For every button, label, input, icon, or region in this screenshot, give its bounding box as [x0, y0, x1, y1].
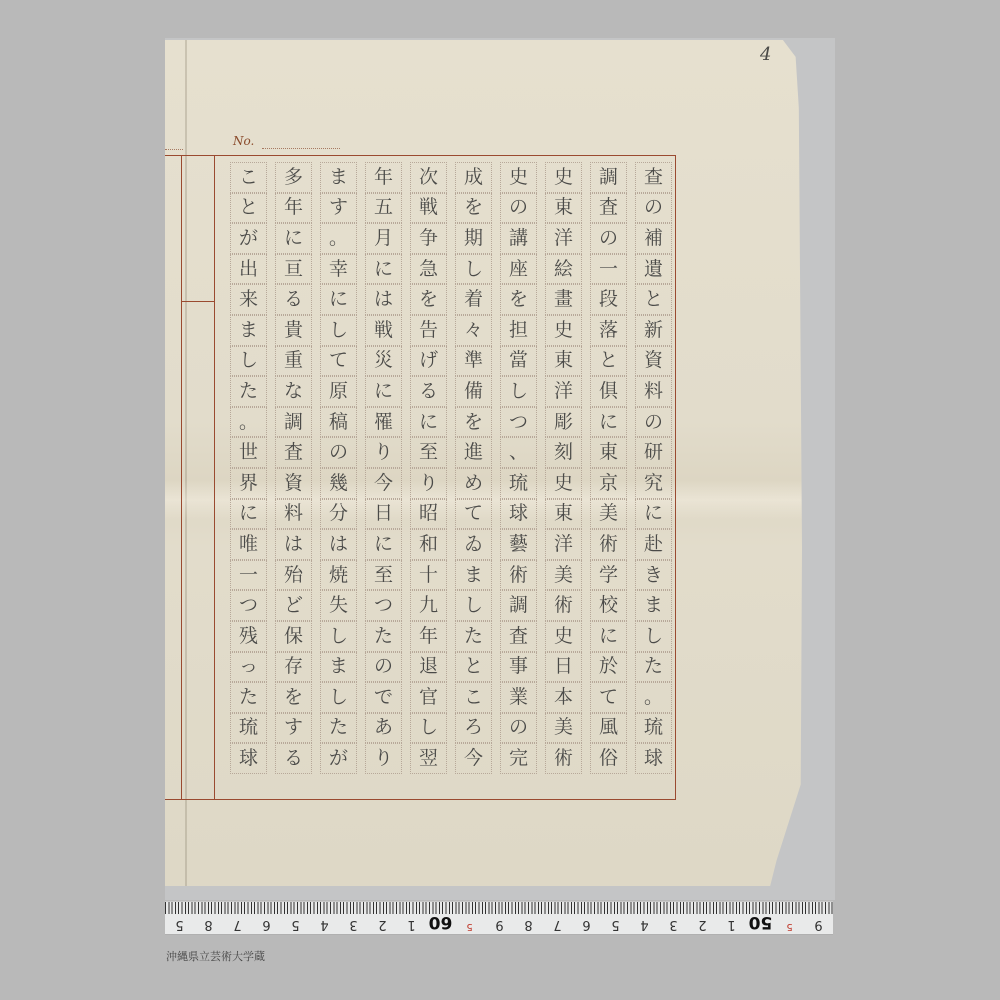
manuscript-cell: に	[365, 254, 402, 285]
manuscript-column: ことが出来ました。世界に唯一つ残った琉球	[230, 162, 267, 794]
manuscript-cell: 稿	[320, 407, 357, 438]
manuscript-cell: 残	[230, 621, 267, 652]
manuscript-cell: 赴	[635, 529, 672, 560]
manuscript-cell: り	[410, 468, 447, 499]
manuscript-cell: 資	[275, 468, 312, 499]
manuscript-cell: 災	[365, 346, 402, 377]
ruler-label: 7	[223, 912, 252, 932]
manuscript-cell: 。	[320, 223, 357, 254]
collection-caption: 沖縄県立芸術大学蔵	[166, 948, 265, 964]
manuscript-cell: 俗	[590, 743, 627, 774]
manuscript-cell: な	[275, 376, 312, 407]
manuscript-cell: た	[230, 376, 267, 407]
manuscript-cell: 殆	[275, 560, 312, 591]
manuscript-cell: る	[275, 743, 312, 774]
manuscript-cell: 美	[545, 560, 582, 591]
manuscript-cell: き	[635, 560, 672, 591]
manuscript-cell: 焼	[320, 560, 357, 591]
manuscript-cell: ま	[320, 652, 357, 683]
manuscript-cell: 史	[545, 468, 582, 499]
manuscript-cell: る	[410, 376, 447, 407]
manuscript-cell: を	[455, 193, 492, 224]
manuscript-cell: は	[275, 529, 312, 560]
manuscript-cell: 調	[275, 407, 312, 438]
manuscript-cell: 年	[365, 162, 402, 193]
manuscript-cell: に	[410, 407, 447, 438]
manuscript-cell: 罹	[365, 407, 402, 438]
manuscript-cell: 完	[500, 743, 537, 774]
measuring-ruler: 5876543216059876543215059	[165, 901, 833, 935]
manuscript-cell: 新	[635, 315, 672, 346]
manuscript-cell: に	[320, 284, 357, 315]
manuscript-cell: 多	[275, 162, 312, 193]
manuscript-cell: た	[455, 621, 492, 652]
ruler-labels: 5876543216059876543215059	[165, 912, 833, 932]
manuscript-cell: 次	[410, 162, 447, 193]
ruler-label: 3	[339, 912, 368, 932]
manuscript-cell: 保	[275, 621, 312, 652]
manuscript-cell: と	[455, 652, 492, 683]
manuscript-cell: 戦	[365, 315, 402, 346]
manuscript-cell: 出	[230, 254, 267, 285]
manuscript-cell: 一	[230, 560, 267, 591]
manuscript-cell: 査	[500, 621, 537, 652]
manuscript-cell: 備	[455, 376, 492, 407]
manuscript-cell: 告	[410, 315, 447, 346]
manuscript-cell: 本	[545, 682, 582, 713]
manuscript-cell: た	[320, 713, 357, 744]
manuscript-cell: 学	[590, 560, 627, 591]
manuscript-cell: 補	[635, 223, 672, 254]
manuscript-cell: こ	[230, 162, 267, 193]
ruler-label: 6	[252, 912, 281, 932]
manuscript-cell: の	[500, 193, 537, 224]
ruler-label: 4	[630, 912, 659, 932]
ruler-label: 6	[572, 912, 601, 932]
manuscript-cell: り	[365, 743, 402, 774]
manuscript-cell: 料	[275, 499, 312, 530]
manuscript-cell: 琉	[230, 713, 267, 744]
manuscript-cell: 術	[590, 529, 627, 560]
manuscript-cell: は	[365, 284, 402, 315]
manuscript-cell: 絵	[545, 254, 582, 285]
ruler-label: 50	[746, 912, 775, 932]
manuscript-cell: 今	[365, 468, 402, 499]
manuscript-cell: 至	[365, 560, 402, 591]
manuscript-column: 查の補遺と新資料の研究に赴きました。琉球	[635, 162, 672, 794]
manuscript-cell: 史	[545, 315, 582, 346]
manuscript-cell: の	[320, 437, 357, 468]
ruler-label: 5	[601, 912, 630, 932]
manuscript-cell: 十	[410, 560, 447, 591]
manuscript-cell: に	[230, 499, 267, 530]
manuscript-cell: で	[365, 682, 402, 713]
manuscript-cell: し	[410, 713, 447, 744]
manuscript-cell: が	[230, 223, 267, 254]
manuscript-column: 史の講座を担當しつ、琉球藝術調査事業の完	[500, 162, 537, 794]
ruler-label: 4	[310, 912, 339, 932]
manuscript-cell: 至	[410, 437, 447, 468]
manuscript-cell: の	[365, 652, 402, 683]
page-number: 4	[760, 44, 771, 65]
number-dotted-line	[262, 148, 340, 149]
manuscript-cell: 唯	[230, 529, 267, 560]
manuscript-cell: し	[320, 621, 357, 652]
manuscript-cell: 東	[590, 437, 627, 468]
manuscript-cell: た	[635, 652, 672, 683]
manuscript-cell: 洋	[545, 529, 582, 560]
manuscript-cell: 料	[635, 376, 672, 407]
manuscript-cell: 原	[320, 376, 357, 407]
manuscript-cell: 期	[455, 223, 492, 254]
manuscript-cell: 日	[545, 652, 582, 683]
manuscript-cell: 存	[275, 652, 312, 683]
manuscript-cell: め	[455, 468, 492, 499]
manuscript-cell: て	[590, 682, 627, 713]
manuscript-grid: 查の補遺と新資料の研究に赴きました。琉球調査の一段落と俱に東京美術学校に於て風俗…	[222, 162, 672, 794]
manuscript-cell: げ	[410, 346, 447, 377]
manuscript-cell: 畫	[545, 284, 582, 315]
manuscript-cell: 査	[275, 437, 312, 468]
ruler-label: 8	[514, 912, 543, 932]
margin-tick	[182, 301, 214, 302]
manuscript-cell: し	[500, 376, 537, 407]
manuscript-cell: 琉	[635, 713, 672, 744]
number-label: No.	[233, 134, 254, 148]
manuscript-cell: 世	[230, 437, 267, 468]
manuscript-cell: り	[365, 437, 402, 468]
ruler-label: 9	[804, 912, 833, 932]
manuscript-cell: 退	[410, 652, 447, 683]
manuscript-cell: 調	[590, 162, 627, 193]
grid-frame-right	[675, 155, 676, 800]
manuscript-cell: 東	[545, 193, 582, 224]
manuscript-cell: つ	[500, 407, 537, 438]
left-dotted-line	[165, 149, 183, 150]
manuscript-cell: 翌	[410, 743, 447, 774]
manuscript-cell: 當	[500, 346, 537, 377]
manuscript-cell: ま	[635, 590, 672, 621]
manuscript-cell: 一	[590, 254, 627, 285]
manuscript-cell: 界	[230, 468, 267, 499]
ruler-label: 5	[775, 912, 804, 932]
manuscript-cell: し	[635, 621, 672, 652]
manuscript-cell: ろ	[455, 713, 492, 744]
manuscript-cell: と	[635, 284, 672, 315]
ruler-label: 5	[281, 912, 310, 932]
manuscript-column: ます。幸にして原稿の幾分は焼失しましたが	[320, 162, 357, 794]
manuscript-cell: 球	[635, 743, 672, 774]
ruler-label: 8	[194, 912, 223, 932]
manuscript-cell: 来	[230, 284, 267, 315]
manuscript-cell: 着	[455, 284, 492, 315]
manuscript-cell: 。	[230, 407, 267, 438]
manuscript-cell: 史	[545, 162, 582, 193]
manuscript-cell: 術	[500, 560, 537, 591]
manuscript-cell: の	[590, 223, 627, 254]
manuscript-cell: 年	[275, 193, 312, 224]
manuscript-cell: 亘	[275, 254, 312, 285]
manuscript-cell: を	[410, 284, 447, 315]
ruler-label: 1	[397, 912, 426, 932]
manuscript-cell: つ	[365, 590, 402, 621]
manuscript-cell: を	[455, 407, 492, 438]
manuscript-cell: 史	[545, 621, 582, 652]
manuscript-cell: し	[320, 315, 357, 346]
manuscript-cell: と	[590, 346, 627, 377]
manuscript-cell: こ	[455, 682, 492, 713]
manuscript-cell: に	[635, 499, 672, 530]
manuscript-cell: 藝	[500, 529, 537, 560]
manuscript-cell: 重	[275, 346, 312, 377]
ruler-label: 7	[543, 912, 572, 932]
manuscript-cell: 俱	[590, 376, 627, 407]
manuscript-cell: 洋	[545, 376, 582, 407]
manuscript-cell: 日	[365, 499, 402, 530]
manuscript-cell: 事	[500, 652, 537, 683]
manuscript-cell: の	[500, 713, 537, 744]
grid-frame-top	[165, 155, 676, 156]
manuscript-cell: 段	[590, 284, 627, 315]
manuscript-cell: ま	[455, 560, 492, 591]
manuscript-cell: 球	[500, 499, 537, 530]
grid-frame-bottom	[165, 799, 676, 800]
manuscript-cell: 失	[320, 590, 357, 621]
manuscript-cell: す	[320, 193, 357, 224]
manuscript-cell: 々	[455, 315, 492, 346]
manuscript-cell: つ	[230, 590, 267, 621]
manuscript-cell: 九	[410, 590, 447, 621]
manuscript-cell: 資	[635, 346, 672, 377]
manuscript-cell: に	[365, 376, 402, 407]
manuscript-cell: 落	[590, 315, 627, 346]
manuscript-cell: 東	[545, 499, 582, 530]
manuscript-cell: 今	[455, 743, 492, 774]
manuscript-cell: た	[365, 621, 402, 652]
manuscript-cell: を	[500, 284, 537, 315]
manuscript-cell: 琉	[500, 468, 537, 499]
manuscript-column: 多年に亘る貴重な調査資料は殆ど保存をする	[275, 162, 312, 794]
manuscript-cell: 昭	[410, 499, 447, 530]
manuscript-cell: ど	[275, 590, 312, 621]
manuscript-cell: 年	[410, 621, 447, 652]
manuscript-column: 成を期し着々準備を進めてゐましたところ今	[455, 162, 492, 794]
manuscript-cell: て	[455, 499, 492, 530]
ruler-label: 2	[368, 912, 397, 932]
manuscript-cell: 講	[500, 223, 537, 254]
manuscript-cell: 術	[545, 743, 582, 774]
manuscript-cell: 東	[545, 346, 582, 377]
manuscript-cell: が	[320, 743, 357, 774]
manuscript-cell: す	[275, 713, 312, 744]
manuscript-cell: 於	[590, 652, 627, 683]
manuscript-cell: 洋	[545, 223, 582, 254]
manuscript-cell: る	[275, 284, 312, 315]
manuscript-cell: 業	[500, 682, 537, 713]
ruler-label: 60	[426, 912, 455, 932]
manuscript-cell: と	[230, 193, 267, 224]
manuscript-cell: 術	[545, 590, 582, 621]
manuscript-cell: ゐ	[455, 529, 492, 560]
manuscript-cell: 美	[545, 713, 582, 744]
manuscript-cell: 官	[410, 682, 447, 713]
ruler-label: 9	[485, 912, 514, 932]
manuscript-cell: ま	[230, 315, 267, 346]
ruler-label: 3	[659, 912, 688, 932]
manuscript-cell: 京	[590, 468, 627, 499]
ruler-label: 2	[688, 912, 717, 932]
manuscript-cell: 座	[500, 254, 537, 285]
ruler-label: 1	[717, 912, 746, 932]
manuscript-cell: あ	[365, 713, 402, 744]
manuscript-column: 調査の一段落と俱に東京美術学校に於て風俗	[590, 162, 627, 794]
manuscript-cell: 美	[590, 499, 627, 530]
manuscript-cell: 進	[455, 437, 492, 468]
manuscript-cell: 分	[320, 499, 357, 530]
manuscript-cell: っ	[230, 652, 267, 683]
manuscript-cell: の	[635, 193, 672, 224]
manuscript-cell: 校	[590, 590, 627, 621]
manuscript-cell: し	[320, 682, 357, 713]
manuscript-cell: 刻	[545, 437, 582, 468]
manuscript-cell: を	[275, 682, 312, 713]
manuscript-cell: 準	[455, 346, 492, 377]
manuscript-cell: 調	[500, 590, 537, 621]
manuscript-cell: に	[590, 621, 627, 652]
paper-fold-line	[185, 40, 187, 886]
manuscript-cell: て	[320, 346, 357, 377]
manuscript-cell: 研	[635, 437, 672, 468]
manuscript-cell: 貴	[275, 315, 312, 346]
manuscript-cell: 究	[635, 468, 672, 499]
manuscript-cell: 史	[500, 162, 537, 193]
manuscript-cell: 争	[410, 223, 447, 254]
manuscript-cell: 。	[635, 682, 672, 713]
manuscript-cell: 和	[410, 529, 447, 560]
manuscript-column: 史東洋絵畫史東洋彫刻史東洋美術史日本美術	[545, 162, 582, 794]
manuscript-cell: 幸	[320, 254, 357, 285]
manuscript-cell: 遺	[635, 254, 672, 285]
ruler-label: 5	[455, 912, 484, 932]
manuscript-cell: の	[635, 407, 672, 438]
manuscript-cell: 幾	[320, 468, 357, 499]
manuscript-cell: は	[320, 529, 357, 560]
manuscript-cell: 戦	[410, 193, 447, 224]
manuscript-cell: 成	[455, 162, 492, 193]
manuscript-cell: に	[275, 223, 312, 254]
grid-frame-left-outer	[181, 155, 182, 800]
manuscript-cell: 急	[410, 254, 447, 285]
manuscript-cell: 風	[590, 713, 627, 744]
manuscript-cell: に	[590, 407, 627, 438]
manuscript-cell: た	[230, 682, 267, 713]
manuscript-cell: 、	[500, 437, 537, 468]
manuscript-column: 年五月には戦災に罹り今日に至つたのであり	[365, 162, 402, 794]
manuscript-cell: 查	[635, 162, 672, 193]
manuscript-cell: ま	[320, 162, 357, 193]
manuscript-cell: し	[230, 346, 267, 377]
manuscript-cell: 月	[365, 223, 402, 254]
manuscript-cell: 担	[500, 315, 537, 346]
manuscript-cell: 査	[590, 193, 627, 224]
manuscript-column: 次戦争急を告げるに至り昭和十九年退官し翌	[410, 162, 447, 794]
manuscript-cell: し	[455, 254, 492, 285]
grid-frame-left-inner	[214, 155, 215, 800]
manuscript-cell: 彫	[545, 407, 582, 438]
manuscript-cell: 球	[230, 743, 267, 774]
manuscript-cell: 五	[365, 193, 402, 224]
manuscript-cell: に	[365, 529, 402, 560]
ruler-label: 5	[165, 912, 194, 932]
manuscript-cell: し	[455, 590, 492, 621]
